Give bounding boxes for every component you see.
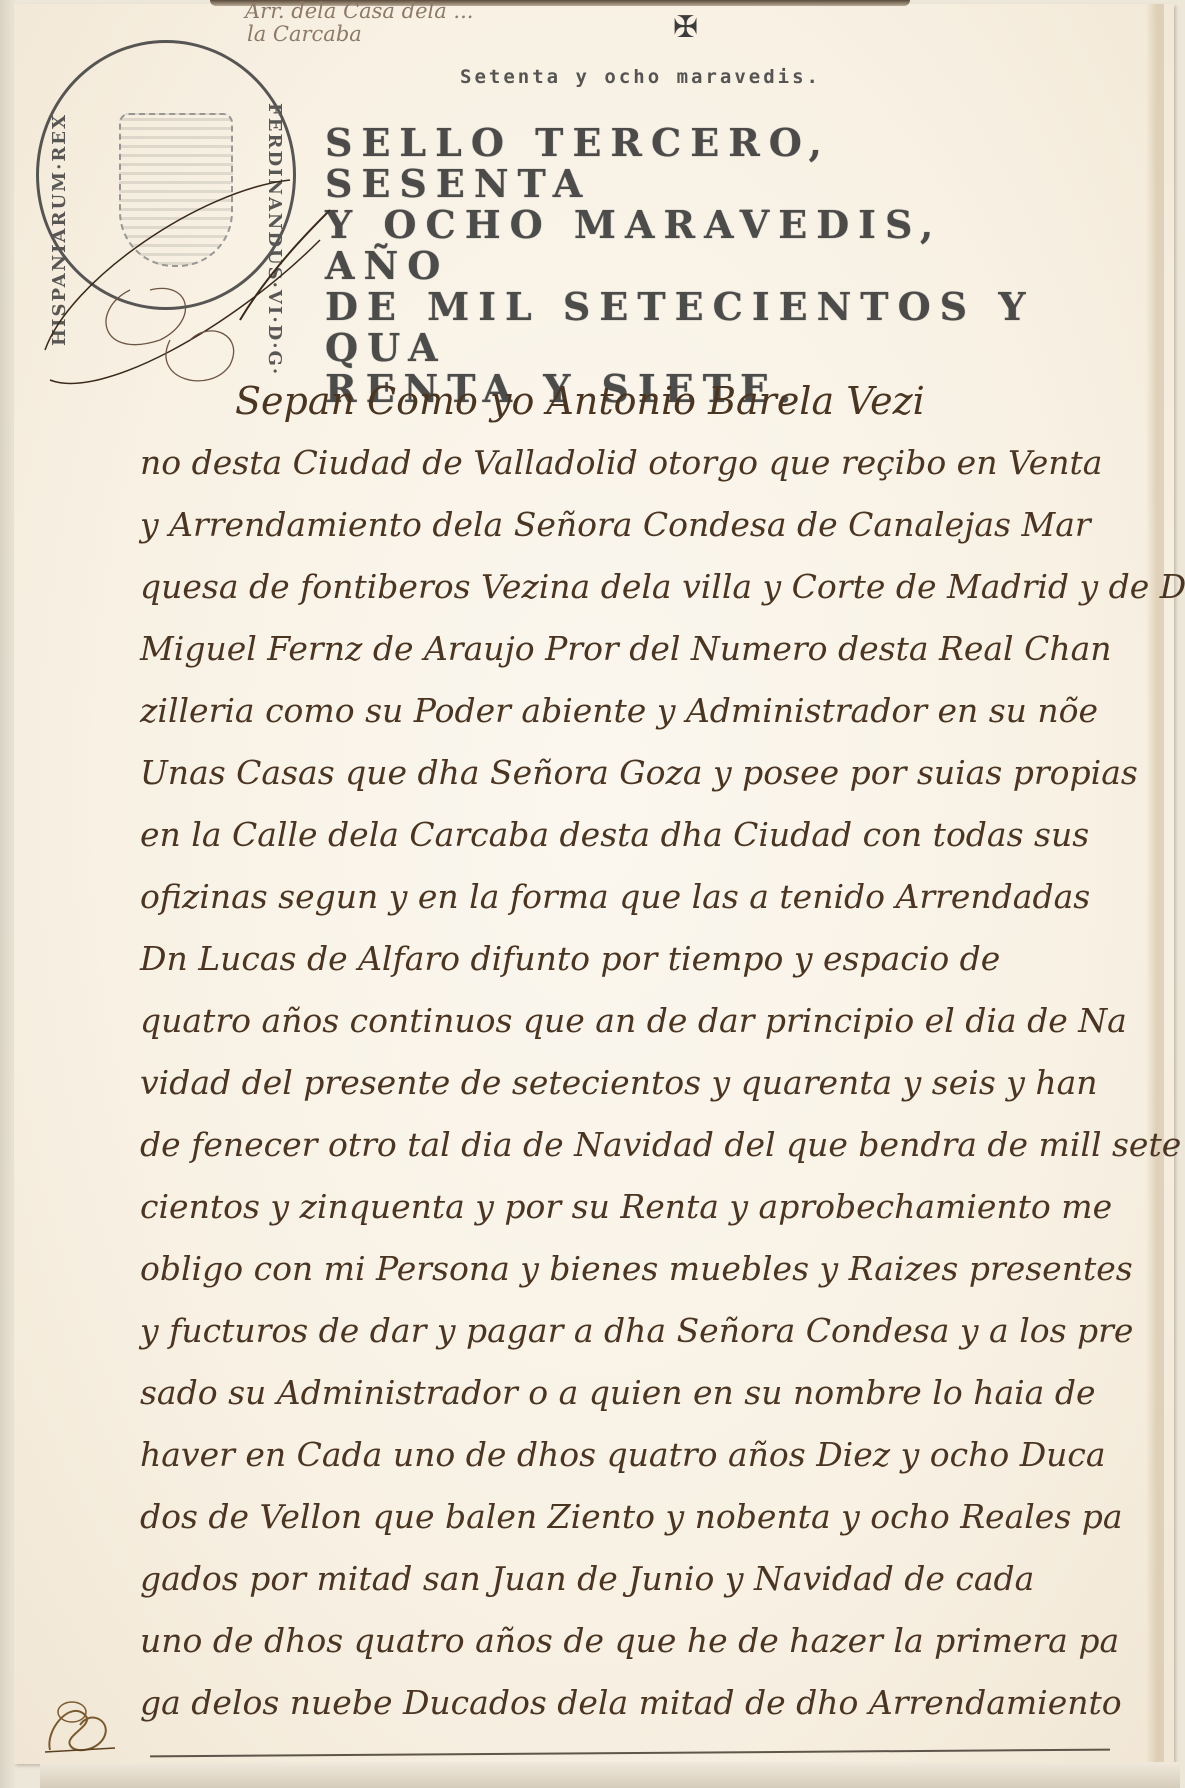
manuscript-line: de fenecer otro tal dia de Navidad del q… [140,1114,1060,1176]
manuscript-line: Unas Casas que dha Señora Goza y posee p… [140,742,1060,804]
manuscript-line: Sepan Como yo Antonio Barela Vezi [140,370,1060,432]
stamp-header-line: SELLO TERCERO, SESENTA [325,122,1065,204]
manuscript-line: en la Calle dela Carcaba desta dha Ciuda… [140,804,1060,866]
archive-annotation-line-1: Arr. dela Casa dela ... [245,0,473,23]
manuscript-line: haver en Cada uno de dhos quatro años Di… [140,1424,1060,1486]
stamp-header-line: Y OCHO MARAVEDIS, AÑO [325,204,1065,286]
manuscript-line: gados por mitad san Juan de Junio y Navi… [140,1548,1060,1610]
manuscript-line: sado su Administrador o a quien en su no… [140,1362,1060,1424]
manuscript-body: Sepan Como yo Antonio Barela Vezi no des… [140,370,1060,1734]
manuscript-line: Dn Lucas de Alfaro difunto por tiempo y … [140,928,1060,990]
manuscript-line: ofizinas segun y en la forma que las a t… [140,866,1060,928]
archive-annotation-line-2: la Carcaba [245,23,473,46]
manuscript-line: quatro años continuos que an de dar prin… [140,990,1060,1052]
manuscript-line: quesa de fontiberos Vezina dela villa y … [140,556,1060,618]
manuscript-line: vidad del presente de setecientos y quar… [140,1052,1060,1114]
manuscript-line: uno de dhos quatro años de que he de haz… [140,1610,1060,1672]
stamp-value-text: Setenta y ocho maravedis. [460,66,821,88]
manuscript-line: no desta Ciudad de Valladolid otorgo que… [140,432,1060,494]
manuscript-line: obligo con mi Persona y bienes muebles y… [140,1238,1060,1300]
manuscript-line: ga delos nuebe Ducados dela mitad de dho… [140,1672,1060,1734]
page-fold-shadow [1146,4,1164,1764]
scanned-document: Arr. dela Casa dela ... la Carcaba ✠ FER… [0,0,1185,1788]
archive-annotation: Arr. dela Casa dela ... la Carcaba [245,0,473,46]
cross-icon: ✠ [673,10,698,45]
stamp-header: SELLO TERCERO, SESENTA Y OCHO MARAVEDIS,… [325,122,1065,409]
manuscript-line: dos de Vellon que balen Ziento y nobenta… [140,1486,1060,1548]
manuscript-line: Miguel Fernz de Araujo Pror del Numero d… [140,618,1060,680]
manuscript-line: zilleria como su Poder abiente y Adminis… [140,680,1060,742]
stamp-header-line: DE MIL SETECIENTOS Y QUA [325,286,1065,368]
notary-rubric-icon [40,1690,120,1760]
manuscript-line: y fucturos de dar y pagar a dha Señora C… [140,1300,1060,1362]
manuscript-line: y Arrendamiento dela Señora Condesa de C… [140,494,1060,556]
manuscript-line: cientos y zinquenta y por su Renta y apr… [140,1176,1060,1238]
page-edge-bottom [40,1762,1180,1788]
